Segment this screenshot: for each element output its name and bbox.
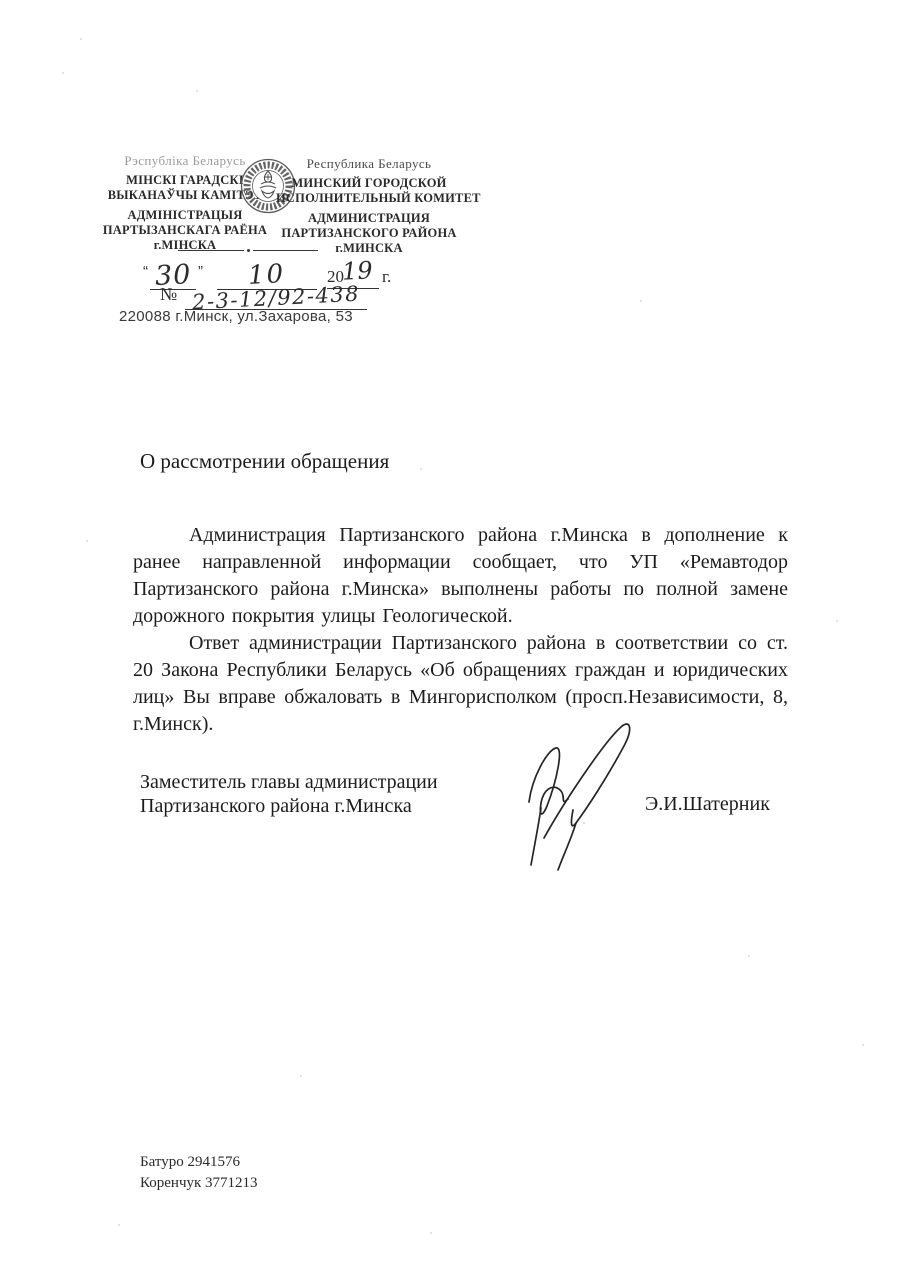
- number-sign: №: [160, 284, 177, 304]
- org-line: ПАРТИЗАНСКОГО РАЙОНА: [276, 226, 462, 241]
- handwritten-signature-icon: [498, 698, 648, 873]
- body-paragraph-1: Администрация Партизанского района г.Мин…: [133, 522, 788, 630]
- body-paragraph-2: Ответ администрации Партизанского района…: [133, 630, 788, 738]
- letterhead-russian: Республика Беларусь МИНСКИЙ ГОРОДСКОЙ ИС…: [276, 156, 462, 256]
- year-suffix: г.: [382, 267, 391, 286]
- sender-address: 220088 г.Минск, ул.Захарова, 53: [119, 308, 353, 325]
- signer-position-line2: Партизанского района г.Минска: [140, 794, 438, 818]
- signer-position: Заместитель главы администрации Партизан…: [140, 770, 438, 818]
- contact-footer: Батуро 2941576 Коренчук 3771213: [140, 1152, 258, 1194]
- letter-body: Администрация Партизанского района г.Мин…: [133, 522, 788, 738]
- org-line: ИСПОЛНИТЕЛЬНЫЙ КОМИТЕТ: [276, 191, 462, 206]
- scanned-letter-page: Рэспубліка Беларусь МІНСКІ ГАРАДСКІ ВЫКА…: [0, 0, 905, 1280]
- signer-name: Э.И.Шатерник: [645, 793, 770, 816]
- number-field: 2-3-12/92-438: [185, 285, 367, 310]
- contact-line: Батуро 2941576: [140, 1152, 258, 1173]
- org-line: АДМИНИСТРАЦИЯ: [276, 211, 462, 226]
- country-name-russian: Республика Беларусь: [276, 156, 462, 172]
- contact-line: Коренчук 3771213: [140, 1173, 258, 1194]
- letterhead-divider: [178, 249, 318, 252]
- open-quote: “: [143, 263, 148, 280]
- org-line: МИНСКИЙ ГОРОДСКОЙ: [276, 176, 462, 191]
- org-line: ПАРТЫЗАНСКАГА РАЁНА: [96, 223, 274, 238]
- signer-position-line1: Заместитель главы администрации: [140, 770, 438, 794]
- outgoing-number-line: №2-3-12/92-438: [160, 284, 367, 310]
- close-quote: ”: [198, 263, 203, 280]
- subject-line: О рассмотрении обращения: [140, 449, 389, 474]
